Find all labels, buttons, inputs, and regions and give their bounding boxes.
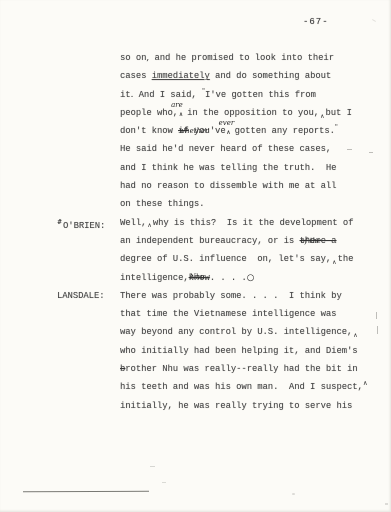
speaker-label: [57, 250, 120, 268]
speaker-label: [57, 49, 120, 67]
handwritten-mark: #: [57, 219, 62, 226]
scan-artifact: [292, 493, 295, 495]
document-page: -67- so on, and he promised to look into…: [0, 0, 391, 512]
line-text: on these things.: [120, 195, 379, 213]
handwritten-word: ever: [219, 120, 235, 127]
handwritten-replacement: there aof the: [300, 232, 337, 250]
speaker-label: [57, 305, 120, 323]
typed-text: and he promised to look into their: [149, 53, 334, 63]
transcript-line: degree of U.S. influence on, let's say,∧…: [57, 250, 379, 268]
transcript-line: LANSDALE:There was probably some. . . . …: [57, 287, 379, 305]
transcript-line: He said he'd never heard of these cases,: [57, 140, 379, 158]
line-text: so on, and he promised to look into thei…: [120, 49, 379, 67]
typed-text: intelligence,: [120, 273, 189, 283]
line-text: cases immediately and do something about: [120, 67, 379, 85]
typed-text: degree of U.S. influence on, let's say,: [120, 254, 331, 264]
typed-text: the: [338, 254, 354, 264]
line-text: brother Nhu was really--really had the b…: [120, 360, 379, 378]
speaker-label: [57, 86, 120, 104]
transcript-line: and I think he was telling the truth. He: [57, 159, 379, 177]
typed-text: on these things.: [120, 199, 204, 209]
line-text: that time the Vietnamese intelligence wa…: [120, 305, 379, 323]
typed-text: who initially had been helping it, and D…: [120, 346, 358, 356]
transcript-line: it. And I said, "I've gotten this from: [57, 86, 379, 104]
speaker-label: [57, 269, 120, 287]
typed-text: I've gotten this from: [205, 90, 316, 100]
typed-text: and I think he was telling the truth. He: [120, 163, 336, 173]
transcript-line: had no reason to dissemble with me at al…: [57, 177, 379, 195]
scan-artifact: [347, 149, 352, 150]
typed-text: in the opposition to you,: [187, 108, 319, 118]
line-text: initially, he was really trying to serve…: [120, 397, 379, 415]
scan-artifact: [372, 19, 376, 22]
handwritten-mark: ○: [247, 273, 255, 283]
handwritten-superscript: ∧: [363, 379, 368, 387]
speaker-label: #O'BRIEN:: [57, 214, 120, 232]
typed-text: gotten any reports.: [235, 126, 335, 136]
typed-text: an independent bureaucracy, or is: [120, 236, 300, 246]
transcript-line: who initially had been helping it, and D…: [57, 342, 379, 360]
speaker-label: [57, 195, 120, 213]
typed-text: initially, he was really trying to serve…: [120, 401, 352, 411]
transcript-line: cases immediately and do something about: [57, 67, 379, 85]
line-text: don't know ifwhether you'veevergotten an…: [120, 122, 379, 140]
typed-text: his teeth and was his own man. And I sus…: [120, 382, 363, 392]
speaker-label: [57, 378, 120, 396]
handwritten-caret: ∧: [352, 332, 358, 339]
speaker-label: [57, 177, 120, 195]
speaker-label: [57, 159, 120, 177]
speaker-label: LANSDALE:: [57, 287, 120, 305]
speaker-label: [57, 323, 120, 341]
typed-text: had no reason to dissemble with me at al…: [120, 181, 336, 191]
handwritten-insertion: are: [178, 106, 187, 115]
transcript-line: his teeth and was his own man. And I sus…: [57, 378, 379, 396]
typed-text: and do something about: [210, 71, 331, 81]
transcript-line: don't know ifwhether you'veevergotten an…: [57, 122, 379, 140]
transcript-line: way beyond any control by U.S. intellige…: [57, 323, 379, 341]
line-text: who initially had been helping it, and D…: [120, 342, 379, 360]
line-text: people who,arein the opposition to you,∧…: [120, 104, 379, 122]
typed-text: but I: [325, 108, 351, 118]
typed-text: rother Nhu was really--really had the bi…: [125, 364, 357, 374]
line-text: Well,∧why is this? Is it the development…: [120, 214, 379, 232]
handwritten-superscript: ": [335, 123, 338, 131]
handwritten-insertion: ever: [226, 124, 235, 133]
handwritten-word: are: [171, 102, 183, 109]
scan-artifact: [377, 326, 378, 334]
typed-text: don't know: [120, 126, 178, 136]
scan-artifact: [150, 466, 155, 467]
handwritten-replacement: knowNhu: [189, 269, 210, 287]
speaker-label: [57, 397, 120, 415]
typed-text: why is this? Is it the development of: [153, 218, 354, 228]
handwritten-word: whether: [179, 128, 208, 135]
typed-text: that time the Vietnamese intelligence wa…: [120, 309, 336, 319]
typed-text: immediately: [152, 71, 210, 81]
transcript-line: brother Nhu was really--really had the b…: [57, 360, 379, 378]
typed-text: He said he'd never heard of these cases,: [120, 144, 331, 154]
scan-artifact: [369, 152, 373, 153]
line-text: intelligence,knowNhu. . . .○: [120, 269, 379, 287]
typed-text: There was probably some. . . . I think b…: [120, 291, 342, 301]
transcript-line: #O'BRIEN:Well,∧why is this? Is it the de…: [57, 214, 379, 232]
speaker-label: [57, 104, 120, 122]
typed-text: way beyond any control by U.S. intellige…: [120, 327, 352, 337]
bottom-rule-line: [23, 491, 149, 493]
speaker-label: [57, 67, 120, 85]
scan-artifact: [162, 482, 166, 483]
typed-text: Well,: [120, 218, 146, 228]
scan-artifact: [376, 312, 377, 319]
transcript-line: that time the Vietnamese intelligence wa…: [57, 305, 379, 323]
typed-text: people who,: [120, 108, 178, 118]
scan-artifact: [385, 503, 388, 505]
typed-text: so on: [120, 53, 146, 63]
transcript: so on, and he promised to look into thei…: [57, 49, 379, 415]
speaker-label: [57, 232, 120, 250]
transcript-line: initially, he was really trying to serve…: [57, 397, 379, 415]
speaker-label: [57, 140, 120, 158]
speaker-label: [57, 122, 120, 140]
handwritten-word: Nhu: [190, 274, 205, 281]
transcript-line: an independent bureaucracy, or is there …: [57, 232, 379, 250]
transcript-line: so on, and he promised to look into thei…: [57, 49, 379, 67]
line-text: and I think he was telling the truth. He: [120, 159, 379, 177]
handwritten-word: of the: [301, 238, 322, 245]
typed-text: And I said,: [133, 90, 202, 100]
line-text: way beyond any control by U.S. intellige…: [120, 323, 379, 341]
transcript-line: intelligence,knowNhu. . . .○: [57, 269, 379, 287]
transcript-line: on these things.: [57, 195, 379, 213]
speaker-label: [57, 360, 120, 378]
line-text: his teeth and was his own man. And I sus…: [120, 378, 379, 396]
typed-text: . . . .: [210, 273, 247, 283]
line-text: degree of U.S. influence on, let's say,∧…: [120, 250, 379, 268]
speaker-label: [57, 342, 120, 360]
page-number: -67-: [303, 17, 329, 27]
line-text: had no reason to dissemble with me at al…: [120, 177, 379, 195]
line-text: There was probably some. . . . I think b…: [120, 287, 379, 305]
typed-text: it: [120, 90, 131, 100]
typed-text: cases: [120, 71, 152, 81]
line-text: an independent bureaucracy, or is there …: [120, 232, 379, 250]
handwritten-replacement: ifwhether: [178, 122, 189, 140]
line-text: He said he'd never heard of these cases,: [120, 140, 379, 158]
line-text: it. And I said, "I've gotten this from: [120, 86, 379, 104]
